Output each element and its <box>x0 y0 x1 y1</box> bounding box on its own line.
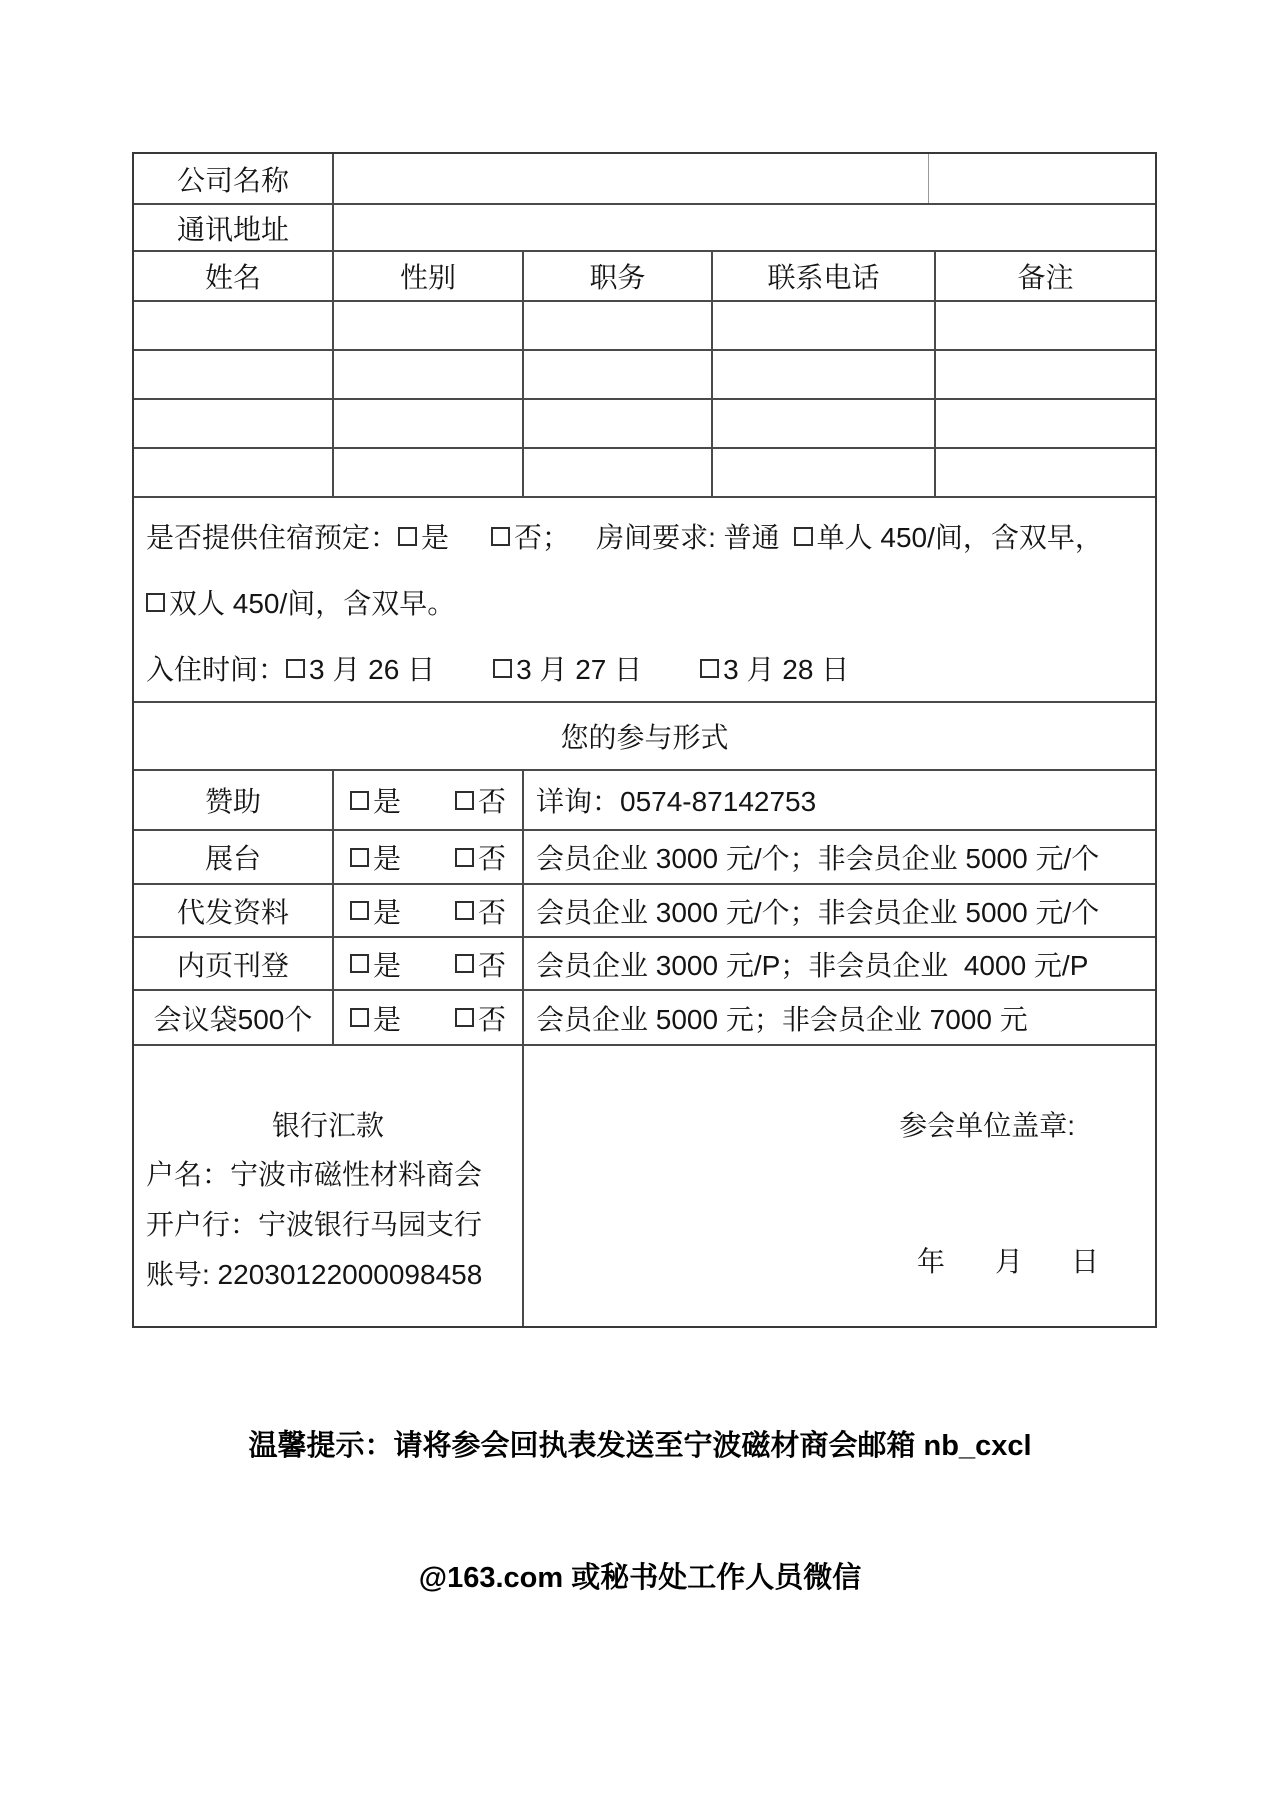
booth-no-option[interactable]: 否 <box>455 837 506 877</box>
attendee-header-row: 姓名 性别 职务 联系电话 备注 <box>134 252 1155 302</box>
conference-bag-label: 会议袋500个 <box>134 991 334 1044</box>
attendee-cell[interactable] <box>524 351 713 398</box>
attendee-cell[interactable] <box>524 302 713 349</box>
sponsor-yes-option[interactable]: 是 <box>350 780 401 820</box>
accommodation-line-2: 双人 450/间，含双早。 <box>146 569 1145 635</box>
attendee-cell[interactable] <box>134 351 334 398</box>
checkbox-icon[interactable] <box>350 954 369 973</box>
checkbox-icon[interactable] <box>350 848 369 867</box>
participation-row-ad-page: 内页刊登 是 否 会员企业 3000 元/P；非会员企业 4000 元/P <box>134 938 1155 991</box>
checkbox-icon[interactable] <box>455 791 474 810</box>
accommodation-yes-option[interactable]: 是 <box>398 516 449 556</box>
bank-branch: 开户行：宁波银行马园支行 <box>134 1198 522 1248</box>
attendee-header-name: 姓名 <box>134 252 334 300</box>
attendee-cell[interactable] <box>134 400 334 447</box>
booth-choice-cell: 是 否 <box>334 831 524 883</box>
checkin-date-option-1[interactable]: 3 月 26 日 <box>286 648 435 688</box>
participation-title-row: 您的参与形式 <box>134 703 1155 771</box>
attendee-row-4 <box>134 449 1155 498</box>
checkbox-icon[interactable] <box>398 527 417 546</box>
ad-page-detail: 会员企业 3000 元/P；非会员企业 4000 元/P <box>524 938 1155 989</box>
attendee-cell[interactable] <box>334 400 524 447</box>
company-name-row: 公司名称 <box>134 154 1155 205</box>
materials-label: 代发资料 <box>134 885 334 936</box>
conference-bag-no-option[interactable]: 否 <box>455 998 506 1038</box>
participation-row-materials: 代发资料 是 否 会员企业 3000 元/个；非会员企业 5000 元/个 <box>134 885 1155 938</box>
attendee-cell[interactable] <box>713 351 936 398</box>
ad-page-no-option[interactable]: 否 <box>455 944 506 984</box>
double-room-option[interactable]: 双人 450/间，含双早。 <box>146 582 455 622</box>
attendee-cell[interactable] <box>936 449 1155 496</box>
conference-bag-yes-option[interactable]: 是 <box>350 998 401 1038</box>
materials-yes-option[interactable]: 是 <box>350 891 401 931</box>
accommodation-no-option[interactable]: 否 <box>491 516 542 556</box>
checkin-label: 入住时间： <box>146 648 286 688</box>
stamp-day-label: 日 <box>1071 1240 1099 1280</box>
attendee-row-3 <box>134 400 1155 449</box>
bank-stamp-row: 银行汇款 户名：宁波市磁性材料商会 开户行：宁波银行马园支行 账号: 22030… <box>134 1046 1155 1326</box>
footer-reminder-line-2: @163.com 或秘书处工作人员微信 <box>0 1556 1280 1600</box>
no-label: 否 <box>478 944 506 984</box>
single-room-option[interactable]: 单人 450/间，含双早， <box>794 516 1103 556</box>
checkbox-icon[interactable] <box>491 527 510 546</box>
attendee-cell[interactable] <box>713 400 936 447</box>
stamp-month-label: 月 <box>995 1240 1023 1280</box>
attendee-cell[interactable] <box>524 400 713 447</box>
accommodation-line-3: 入住时间： 3 月 26 日 3 月 27 日 3 月 28 日 <box>146 635 1145 701</box>
stamp-label: 参会单位盖章: <box>899 1104 1075 1144</box>
checkin-date-2: 3 月 27 日 <box>516 648 642 688</box>
attendee-header-phone: 联系电话 <box>713 252 936 300</box>
materials-no-option[interactable]: 否 <box>455 891 506 931</box>
sponsor-choice-cell: 是 否 <box>334 771 524 829</box>
sponsor-label: 赞助 <box>134 771 334 829</box>
company-name-label: 公司名称 <box>134 154 334 203</box>
participation-row-booth: 展台 是 否 会员企业 3000 元/个；非会员企业 5000 元/个 <box>134 831 1155 885</box>
checkbox-icon[interactable] <box>286 659 305 678</box>
company-name-extra-cell[interactable] <box>929 154 1155 203</box>
attendee-cell[interactable] <box>134 449 334 496</box>
no-label: 否 <box>478 780 506 820</box>
checkbox-icon[interactable] <box>455 954 474 973</box>
attendee-cell[interactable] <box>713 302 936 349</box>
room-request-label: 房间要求: 普通 <box>596 516 780 556</box>
booth-detail: 会员企业 3000 元/个；非会员企业 5000 元/个 <box>524 831 1155 883</box>
booth-label: 展台 <box>134 831 334 883</box>
attendee-header-remark: 备注 <box>936 252 1155 300</box>
checkbox-icon[interactable] <box>146 593 165 612</box>
attendee-cell[interactable] <box>936 351 1155 398</box>
ad-page-choice-cell: 是 否 <box>334 938 524 989</box>
stamp-cell: 参会单位盖章: 年 月 日 <box>524 1046 1155 1326</box>
attendee-row-1 <box>134 302 1155 351</box>
checkbox-icon[interactable] <box>350 901 369 920</box>
accommodation-separator: ； <box>542 516 570 556</box>
no-label: 否 <box>478 891 506 931</box>
attendee-cell[interactable] <box>334 351 524 398</box>
checkbox-icon[interactable] <box>794 527 813 546</box>
single-room-label: 单人 450/间，含双早， <box>817 516 1103 556</box>
mailing-address-row: 通讯地址 <box>134 205 1155 252</box>
accommodation-section: 是否提供住宿预定： 是 否 ； 房间要求: 普通 单人 450/间，含双早， <box>134 498 1155 703</box>
checkin-date-option-3[interactable]: 3 月 28 日 <box>700 648 849 688</box>
participation-row-sponsor: 赞助 是 否 详询：0574-87142753 <box>134 771 1155 831</box>
materials-detail: 会员企业 3000 元/个；非会员企业 5000 元/个 <box>524 885 1155 936</box>
conference-bag-detail: 会员企业 5000 元；非会员企业 7000 元 <box>524 991 1155 1044</box>
registration-table: 公司名称 通讯地址 姓名 性别 职务 联系电话 备注 <box>132 152 1157 1328</box>
no-label: 否 <box>478 837 506 877</box>
attendee-cell[interactable] <box>936 302 1155 349</box>
checkbox-icon[interactable] <box>455 901 474 920</box>
attendee-cell[interactable] <box>334 302 524 349</box>
checkbox-icon[interactable] <box>350 791 369 810</box>
attendee-cell[interactable] <box>936 400 1155 447</box>
conference-bag-choice-cell: 是 否 <box>334 991 524 1044</box>
sponsor-detail: 详询：0574-87142753 <box>524 771 1155 829</box>
checkin-date-option-2[interactable]: 3 月 27 日 <box>493 648 642 688</box>
footer-reminder-line-1: 温馨提示：请将参会回执表发送至宁波磁材商会邮箱 nb_cxcl <box>0 1424 1280 1468</box>
accommodation-no-label: 否 <box>514 516 542 556</box>
materials-choice-cell: 是 否 <box>334 885 524 936</box>
attendee-cell[interactable] <box>134 302 334 349</box>
yes-label: 是 <box>373 998 401 1038</box>
accommodation-yes-label: 是 <box>421 516 449 556</box>
yes-label: 是 <box>373 891 401 931</box>
participation-row-conference-bag: 会议袋500个 是 否 会员企业 5000 元；非会员企业 7000 元 <box>134 991 1155 1046</box>
checkbox-icon[interactable] <box>455 848 474 867</box>
attendee-header-gender: 性别 <box>334 252 524 300</box>
bank-account-number: 账号: 22030122000098458 <box>134 1248 522 1298</box>
registration-form-page: 公司名称 通讯地址 姓名 性别 职务 联系电话 备注 <box>0 0 1280 1811</box>
bank-transfer-cell: 银行汇款 户名：宁波市磁性材料商会 开户行：宁波银行马园支行 账号: 22030… <box>134 1046 524 1326</box>
ad-page-yes-option[interactable]: 是 <box>350 944 401 984</box>
attendee-row-2 <box>134 351 1155 400</box>
mailing-address-input-cell[interactable] <box>334 205 1155 250</box>
footer-reminder: 温馨提示：请将参会回执表发送至宁波磁材商会邮箱 nb_cxcl @163.com… <box>0 1336 1280 1688</box>
yes-label: 是 <box>373 780 401 820</box>
mailing-address-label: 通讯地址 <box>134 205 334 250</box>
accommodation-question: 是否提供住宿预定： <box>146 516 398 556</box>
no-label: 否 <box>478 998 506 1038</box>
bank-account-name: 户名：宁波市磁性材料商会 <box>134 1148 522 1198</box>
yes-label: 是 <box>373 837 401 877</box>
checkbox-icon[interactable] <box>700 659 719 678</box>
checkin-date-3: 3 月 28 日 <box>723 648 849 688</box>
participation-title: 您的参与形式 <box>134 703 1155 769</box>
checkbox-icon[interactable] <box>493 659 512 678</box>
double-room-label: 双人 450/间，含双早。 <box>169 582 455 622</box>
bank-transfer-title: 银行汇款 <box>134 1100 522 1148</box>
booth-yes-option[interactable]: 是 <box>350 837 401 877</box>
accommodation-line-1: 是否提供住宿预定： 是 否 ； 房间要求: 普通 单人 450/间，含双早， <box>146 503 1145 569</box>
company-name-input-cell[interactable] <box>334 154 929 203</box>
checkbox-icon[interactable] <box>350 1008 369 1027</box>
attendee-cell[interactable] <box>713 449 936 496</box>
checkin-date-1: 3 月 26 日 <box>309 648 435 688</box>
sponsor-no-option[interactable]: 否 <box>455 780 506 820</box>
stamp-year-label: 年 <box>917 1240 945 1280</box>
checkbox-icon[interactable] <box>455 1008 474 1027</box>
yes-label: 是 <box>373 944 401 984</box>
attendee-cell[interactable] <box>524 449 713 496</box>
ad-page-label: 内页刊登 <box>134 938 334 989</box>
stamp-date-line: 年 月 日 <box>917 1240 1099 1280</box>
attendee-header-title: 职务 <box>524 252 713 300</box>
attendee-cell[interactable] <box>334 449 524 496</box>
accommodation-cell: 是否提供住宿预定： 是 否 ； 房间要求: 普通 单人 450/间，含双早， <box>134 498 1155 701</box>
